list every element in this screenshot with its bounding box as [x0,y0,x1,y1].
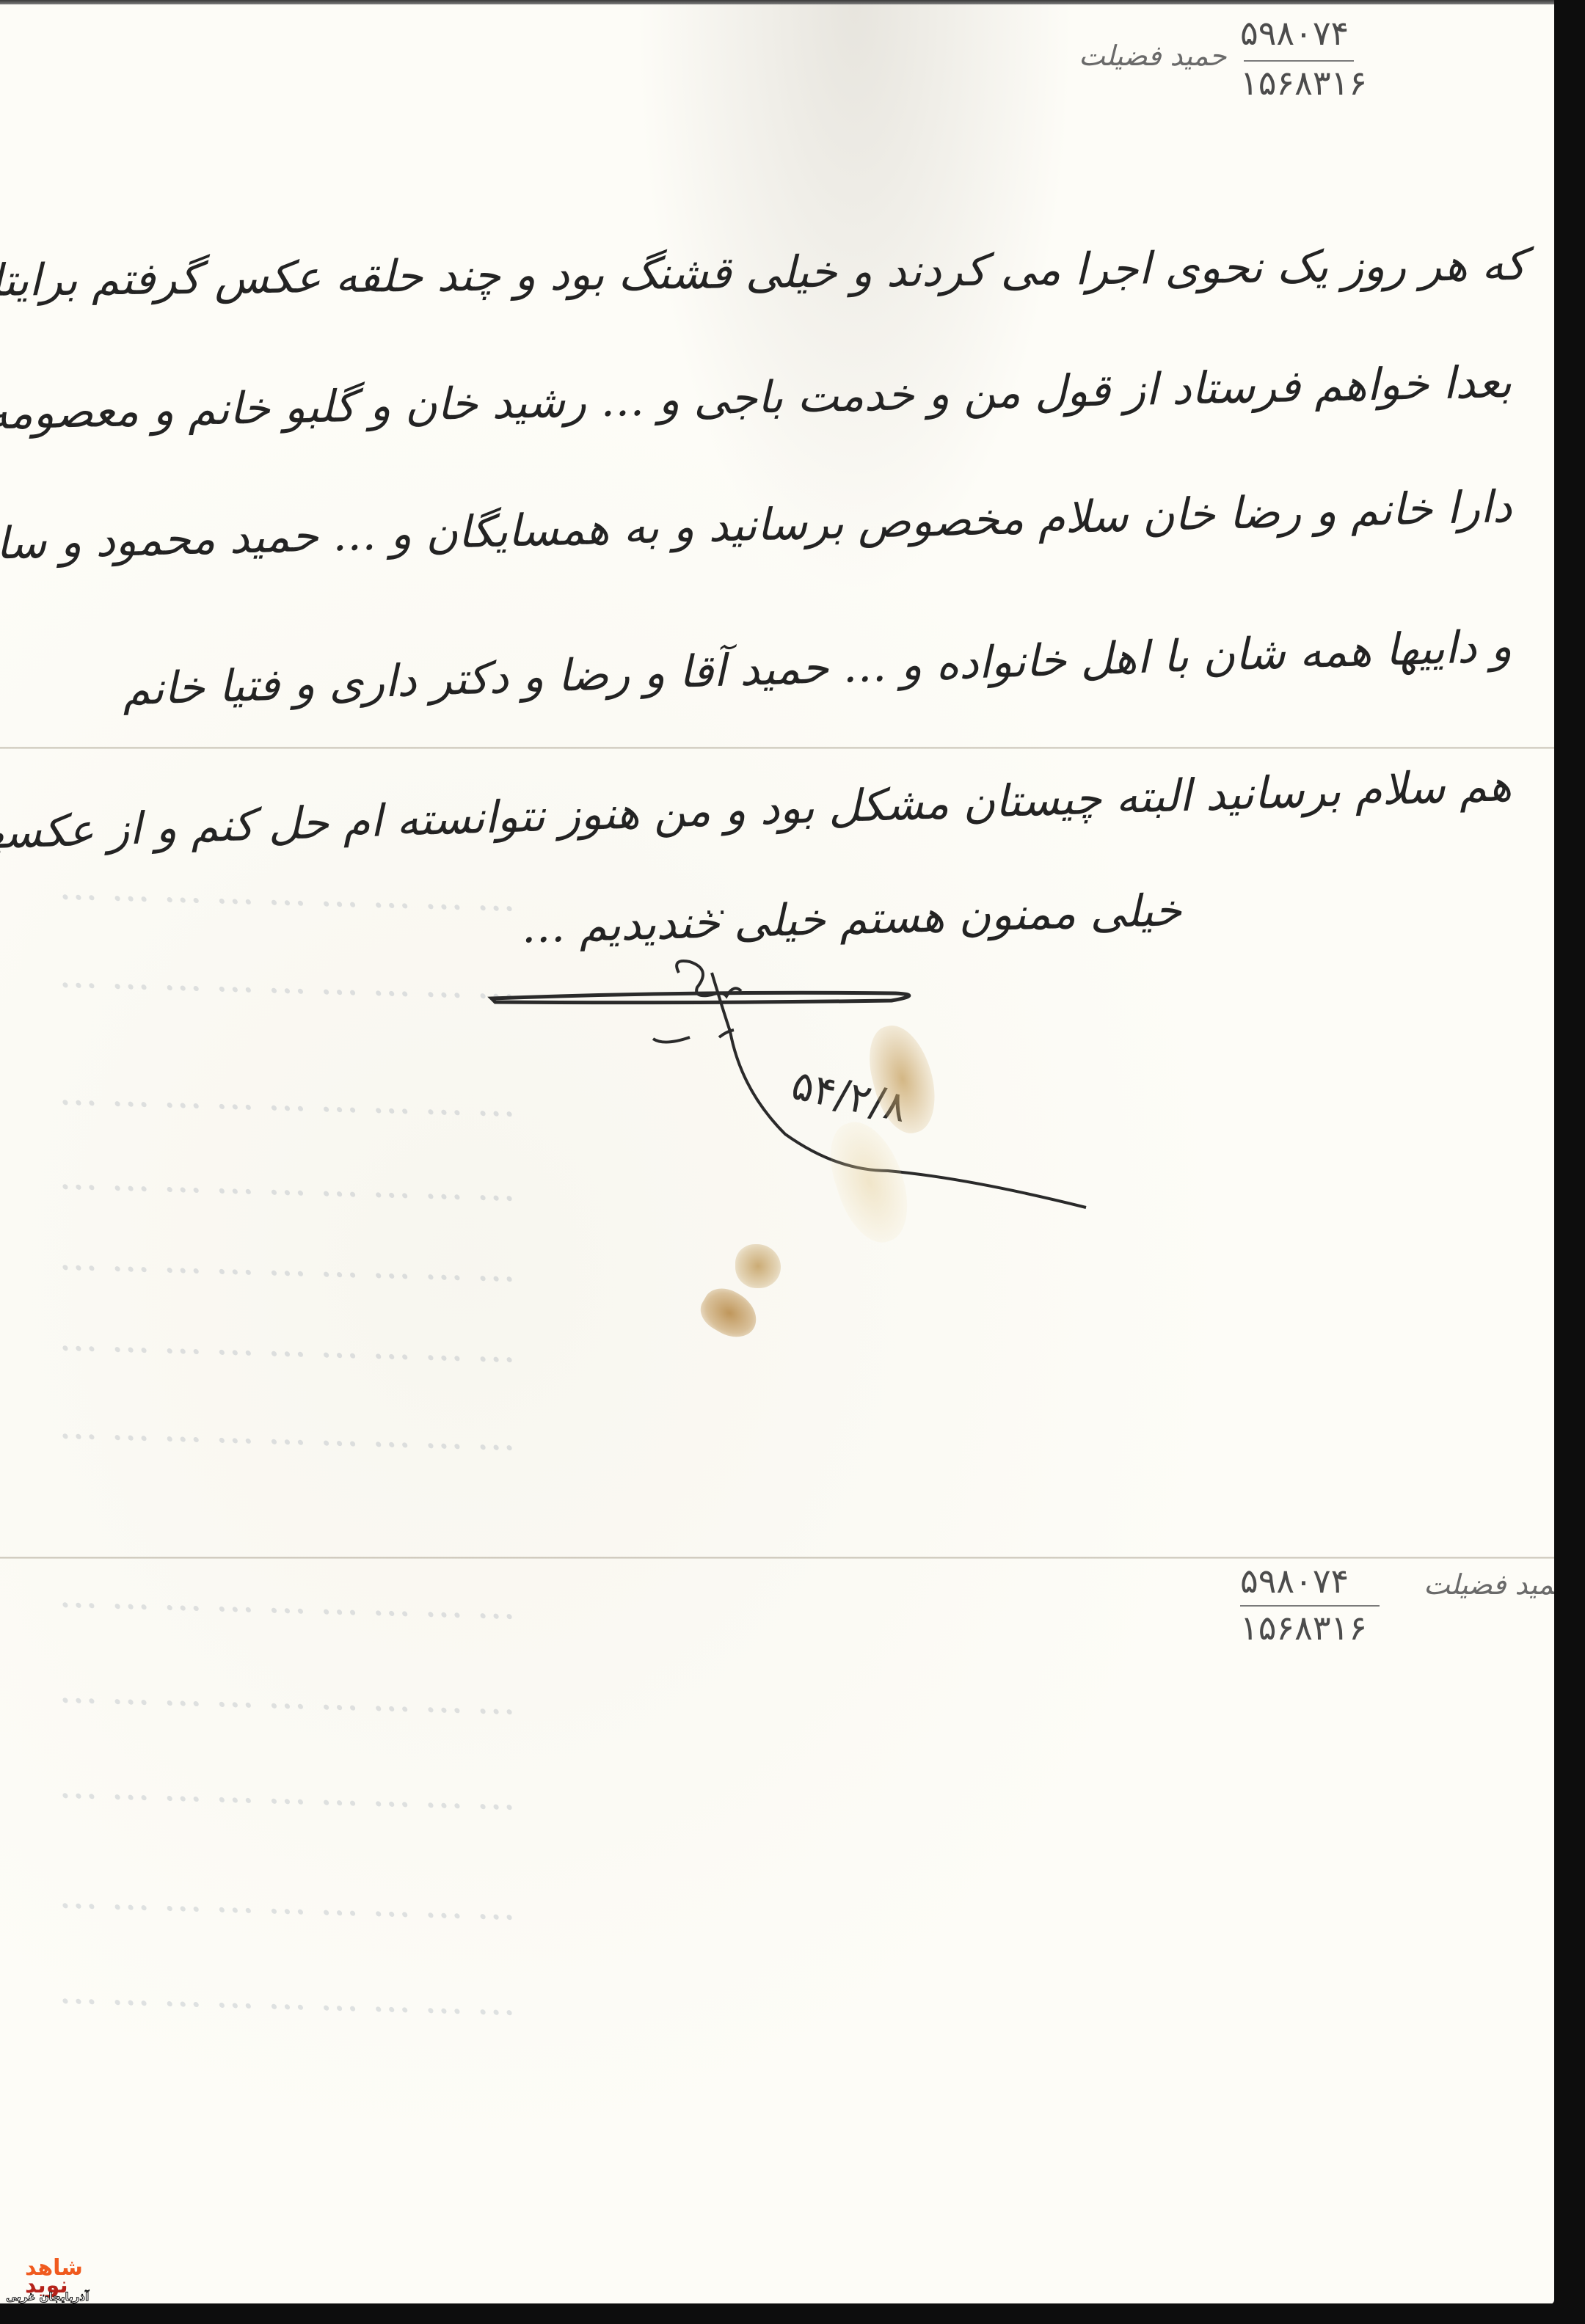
scan-right-edge [1554,0,1585,2324]
scan-bottom-edge [0,2303,1585,2324]
stain [735,1244,781,1288]
fold-line [0,1557,1554,1559]
bleed-through-line: … … … … … … … … … [59,1401,1498,1485]
letter-line: هم سلام برسانید البته چیستان مشکل بود و … [0,760,1512,864]
reference-name: حمید فضیلت [1424,1568,1554,1601]
fold-line [0,747,1554,749]
publisher-logo: شاهد نوید آذربایجان غربی [4,2255,85,2304]
reference-number-bottom: ۱۵۶۸۳۱۶ [1240,1608,1367,1648]
reference-number-bottom: ۱۵۶۸۳۱۶ [1240,63,1367,103]
bleed-through-line: … … … … … … … … … [59,1665,1498,1749]
bleed-through-line: … … … … … … … … … [59,1761,1498,1844]
archive-reference-bottom: حمید فضیلت ۵۹۸۰۷۴ ۱۵۶۸۳۱۶ [1233,1560,1554,1648]
bleed-through-line: … … … … … … … … … [59,1966,1498,2050]
reference-divider [1244,60,1354,62]
bleed-through-line: … … … … … … … … … [59,1313,1498,1397]
logo-subtitle: آذربایجان غربی [6,2290,89,2303]
signature-mark [470,951,1101,1215]
ellipsis-dots: .. [704,888,731,921]
archive-reference-top: حمید فضیلت ۵۹۸۰۷۴ ۱۵۶۸۳۱۶ [1057,10,1526,106]
letter-line: دارا خانم و رضا خان سلام مخصوص برسانید و… [0,481,1512,574]
reference-number-top: ۵۹۸۰۷۴ [1240,1561,1349,1601]
letter-line: که هر روز یک نحوی اجرا می کردند و خیلی ق… [0,239,1526,307]
reference-name: حمید فضیلت [1079,40,1226,72]
letter-line: و داییها همه شان با اهل خانواده و … حمید… [122,621,1513,715]
bleed-through-line: … … … … … … … … … [59,1871,1498,1954]
letter-page: … … … … … … … … … … … … … … … … … … … … … [0,4,1554,2304]
letter-line: بعدا خواهم فرستاد از قول من و خدمت باجی … [0,357,1512,442]
reference-number-top: ۵۹۸۰۷۴ [1240,13,1349,53]
reference-divider [1240,1605,1380,1607]
